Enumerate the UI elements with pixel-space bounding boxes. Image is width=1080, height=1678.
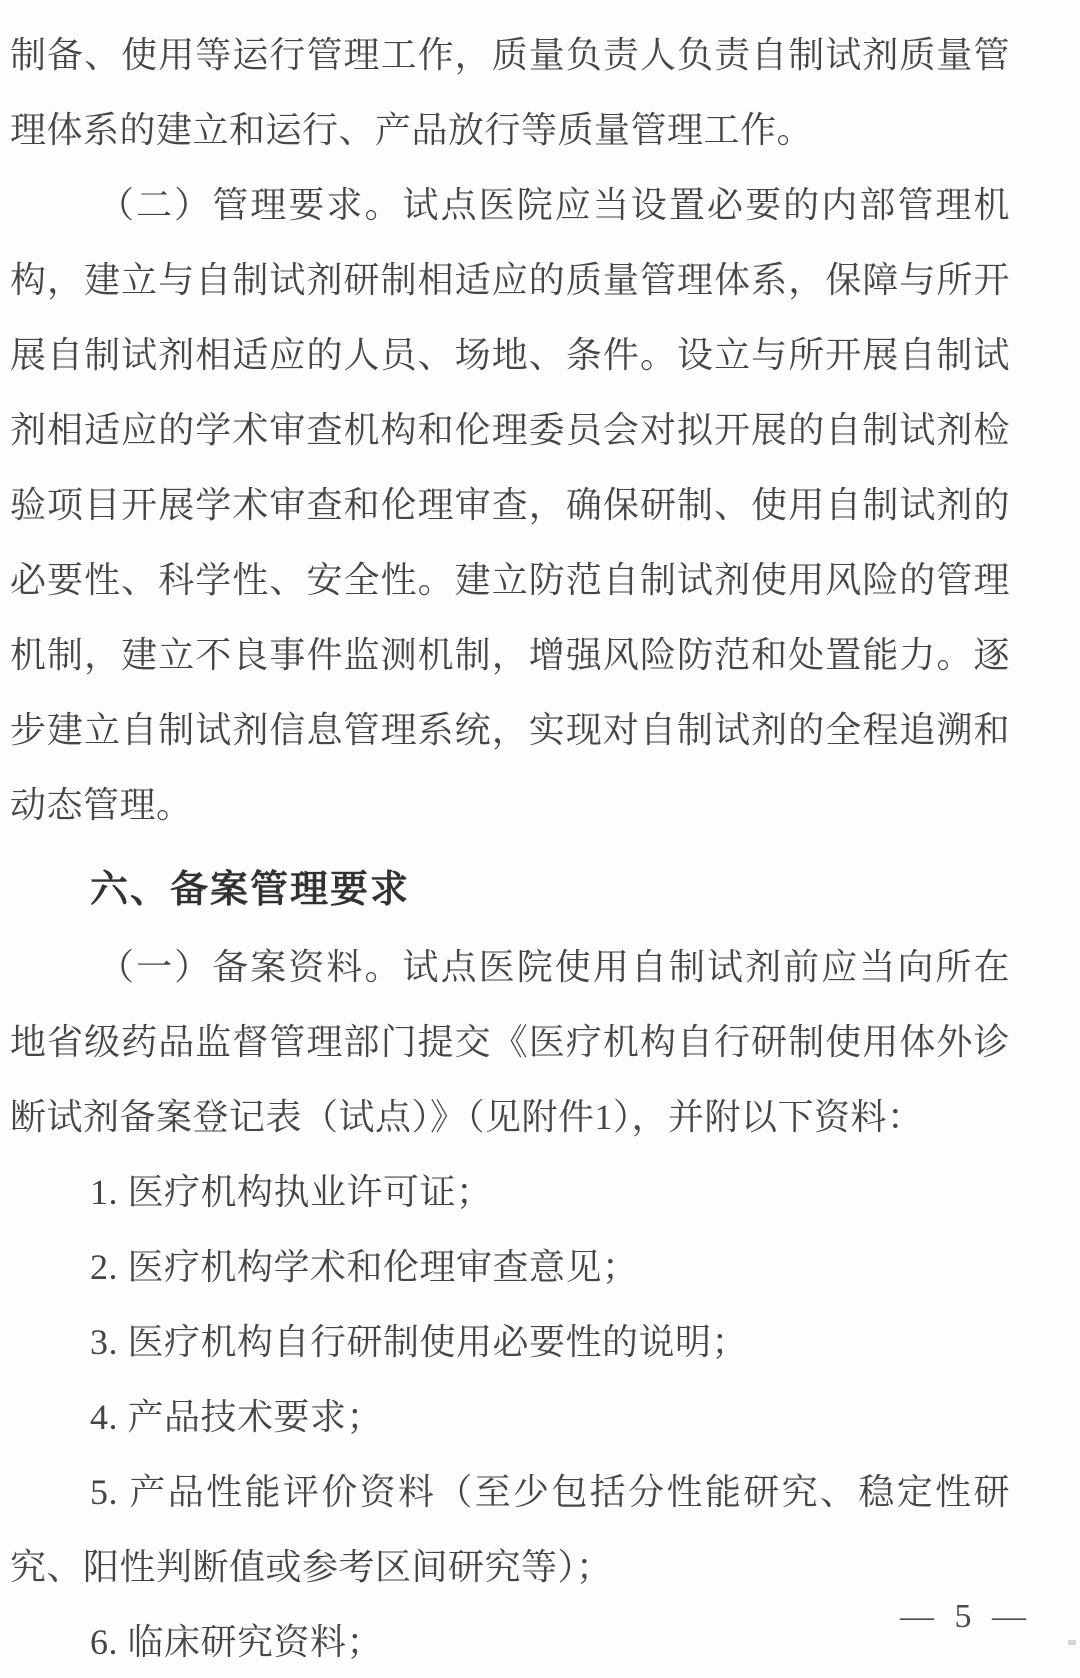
text-column: 制备、使用等运行管理工作，质量负责人负责自制试剂质量管理体系的建立和运行、产品放… xyxy=(10,18,1010,1678)
paragraph-management-requirements: （二）管理要求。试点医院应当设置必要的内部管理机构，建立与自制试剂研制相适应的质… xyxy=(10,168,1010,843)
paragraph-filing-materials: （一）备案资料。试点医院使用自制试剂前应当向所在地省级药品监督管理部门提交《医疗… xyxy=(10,930,1010,1155)
section-heading-filing-management: 六、备案管理要求 xyxy=(10,853,1010,928)
paragraph-quality-management: 制备、使用等运行管理工作，质量负责人负责自制试剂质量管理体系的建立和运行、产品放… xyxy=(10,18,1010,168)
page-number: — 5 — xyxy=(900,1598,1032,1636)
list-item-1: 1. 医疗机构执业许可证； xyxy=(10,1155,1010,1230)
list-item-6: 6. 临床研究资料； xyxy=(10,1605,1010,1678)
document-page: 制备、使用等运行管理工作，质量负责人负责自制试剂质量管理体系的建立和运行、产品放… xyxy=(0,0,1080,1678)
list-item-3: 3. 医疗机构自行研制使用必要性的说明； xyxy=(10,1305,1010,1380)
list-item-2: 2. 医疗机构学术和伦理审查意见； xyxy=(10,1230,1010,1305)
scan-artifact-speck xyxy=(1068,1640,1076,1645)
list-item-4: 4. 产品技术要求； xyxy=(10,1380,1010,1455)
list-item-5: 5. 产品性能评价资料（至少包括分性能研究、稳定性研究、阳性判断值或参考区间研究… xyxy=(10,1455,1010,1605)
